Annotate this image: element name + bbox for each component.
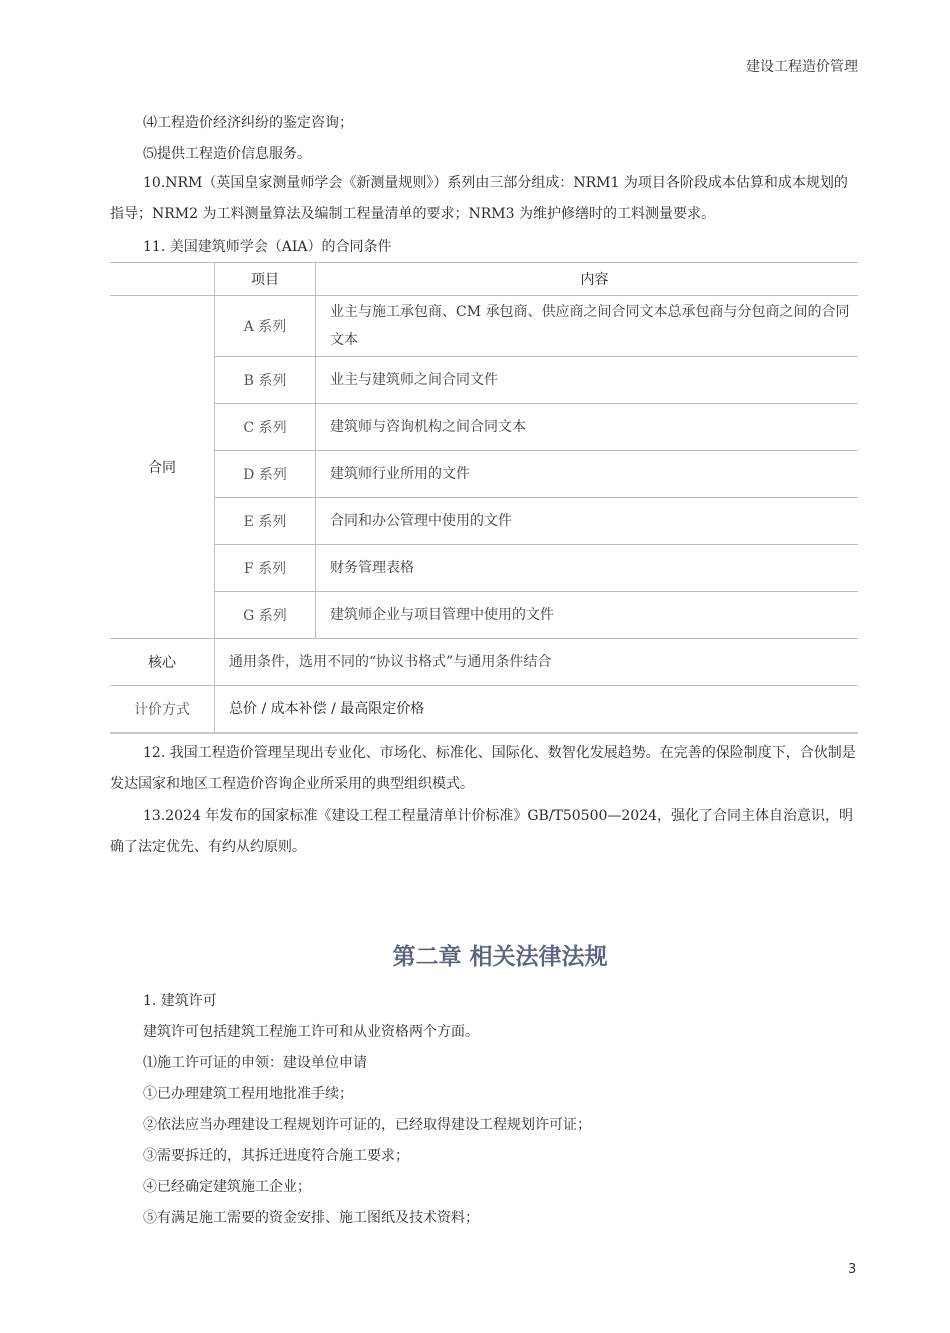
table-row: E 系列 合同和办公管理中使用的文件 [110,498,858,545]
series-content: 业主与建筑师之间合同文件 [316,357,859,404]
core-content: 通用条件，选用不同的“协议书格式”与通用条件结合 [215,639,859,686]
section-intro: 建筑许可包括建筑工程施工许可和从业资格两个方面。 [143,1021,479,1041]
chapter-title: 第二章 相关法律法规 [0,938,950,971]
condition-item: ③需要拆迁的，其拆迁进度符合施工要求； [143,1145,409,1165]
table-row: 合同 A 系列 业主与施工承包商、CM 承包商、供应商之间合同文本总承包商与分包… [110,296,858,357]
core-label: 核心 [110,639,215,686]
table-row: D 系列 建筑师行业所用的文件 [110,451,858,498]
paragraph-item-11: 11. 美国建筑师学会（AIA）的合同条件 [143,236,391,256]
pricing-content: 总价 / 成本补偿 / 最高限定价格 [215,686,859,734]
series-content: 建筑师企业与项目管理中使用的文件 [316,592,859,639]
page-number: 3 [848,1262,856,1277]
section-heading: 1. 建筑许可 [143,990,217,1010]
series-label: D 系列 [215,451,316,498]
header-blank [110,263,215,296]
series-content: 合同和办公管理中使用的文件 [316,498,859,545]
condition-item: ①已办理建筑工程用地批准手续； [143,1083,353,1103]
series-label: C 系列 [215,404,316,451]
paragraph-item-10: 10.NRM（英国皇家测量师学会《新测量规则》）系列由三部分组成：NRM1 为项… [110,168,858,230]
series-content: 业主与施工承包商、CM 承包商、供应商之间合同文本总承包商与分包商之间的合同文本 [316,296,859,357]
running-header: 建设工程造价管理 [746,56,858,76]
condition-item: ④已经确定建筑施工企业； [143,1176,311,1196]
pricing-label: 计价方式 [110,686,215,734]
table-row: B 系列 业主与建筑师之间合同文件 [110,357,858,404]
series-label: G 系列 [215,592,316,639]
table-row: F 系列 财务管理表格 [110,545,858,592]
header-item: 项目 [215,263,316,296]
table-row: C 系列 建筑师与咨询机构之间合同文本 [110,404,858,451]
series-label: A 系列 [215,296,316,357]
contract-group-label: 合同 [110,296,215,639]
series-label: B 系列 [215,357,316,404]
aia-contract-table: 项目 内容 合同 A 系列 业主与施工承包商、CM 承包商、供应商之间合同文本总… [110,262,858,734]
subsection-heading: ⑴施工许可证的申领：建设单位申请 [143,1052,367,1072]
series-content: 建筑师行业所用的文件 [316,451,859,498]
series-label: E 系列 [215,498,316,545]
table-row-pricing: 计价方式 总价 / 成本补偿 / 最高限定价格 [110,686,858,734]
paragraph-item-13: 13.2024 年发布的国家标准《建设工程工程量清单计价标准》GB/T50500… [110,801,858,863]
table-header-row: 项目 内容 [110,263,858,296]
condition-item: ②依法应当办理建设工程规划许可证的，已经取得建设工程规划许可证； [143,1114,591,1134]
table-row: G 系列 建筑师企业与项目管理中使用的文件 [110,592,858,639]
header-content: 内容 [316,263,859,296]
table-row-core: 核心 通用条件，选用不同的“协议书格式”与通用条件结合 [110,639,858,686]
series-label: F 系列 [215,545,316,592]
intro-item-4: ⑷工程造价经济纠纷的鉴定咨询； [143,112,353,132]
series-content: 财务管理表格 [316,545,859,592]
paragraph-item-12: 12. 我国工程造价管理呈现出专业化、市场化、标准化、国际化、数智化发展趋势。在… [110,738,858,800]
condition-item: ⑤有满足施工需要的资金安排、施工图纸及技术资料； [143,1207,479,1227]
intro-item-5: ⑸提供工程造价信息服务。 [143,143,311,163]
series-content: 建筑师与咨询机构之间合同文本 [316,404,859,451]
